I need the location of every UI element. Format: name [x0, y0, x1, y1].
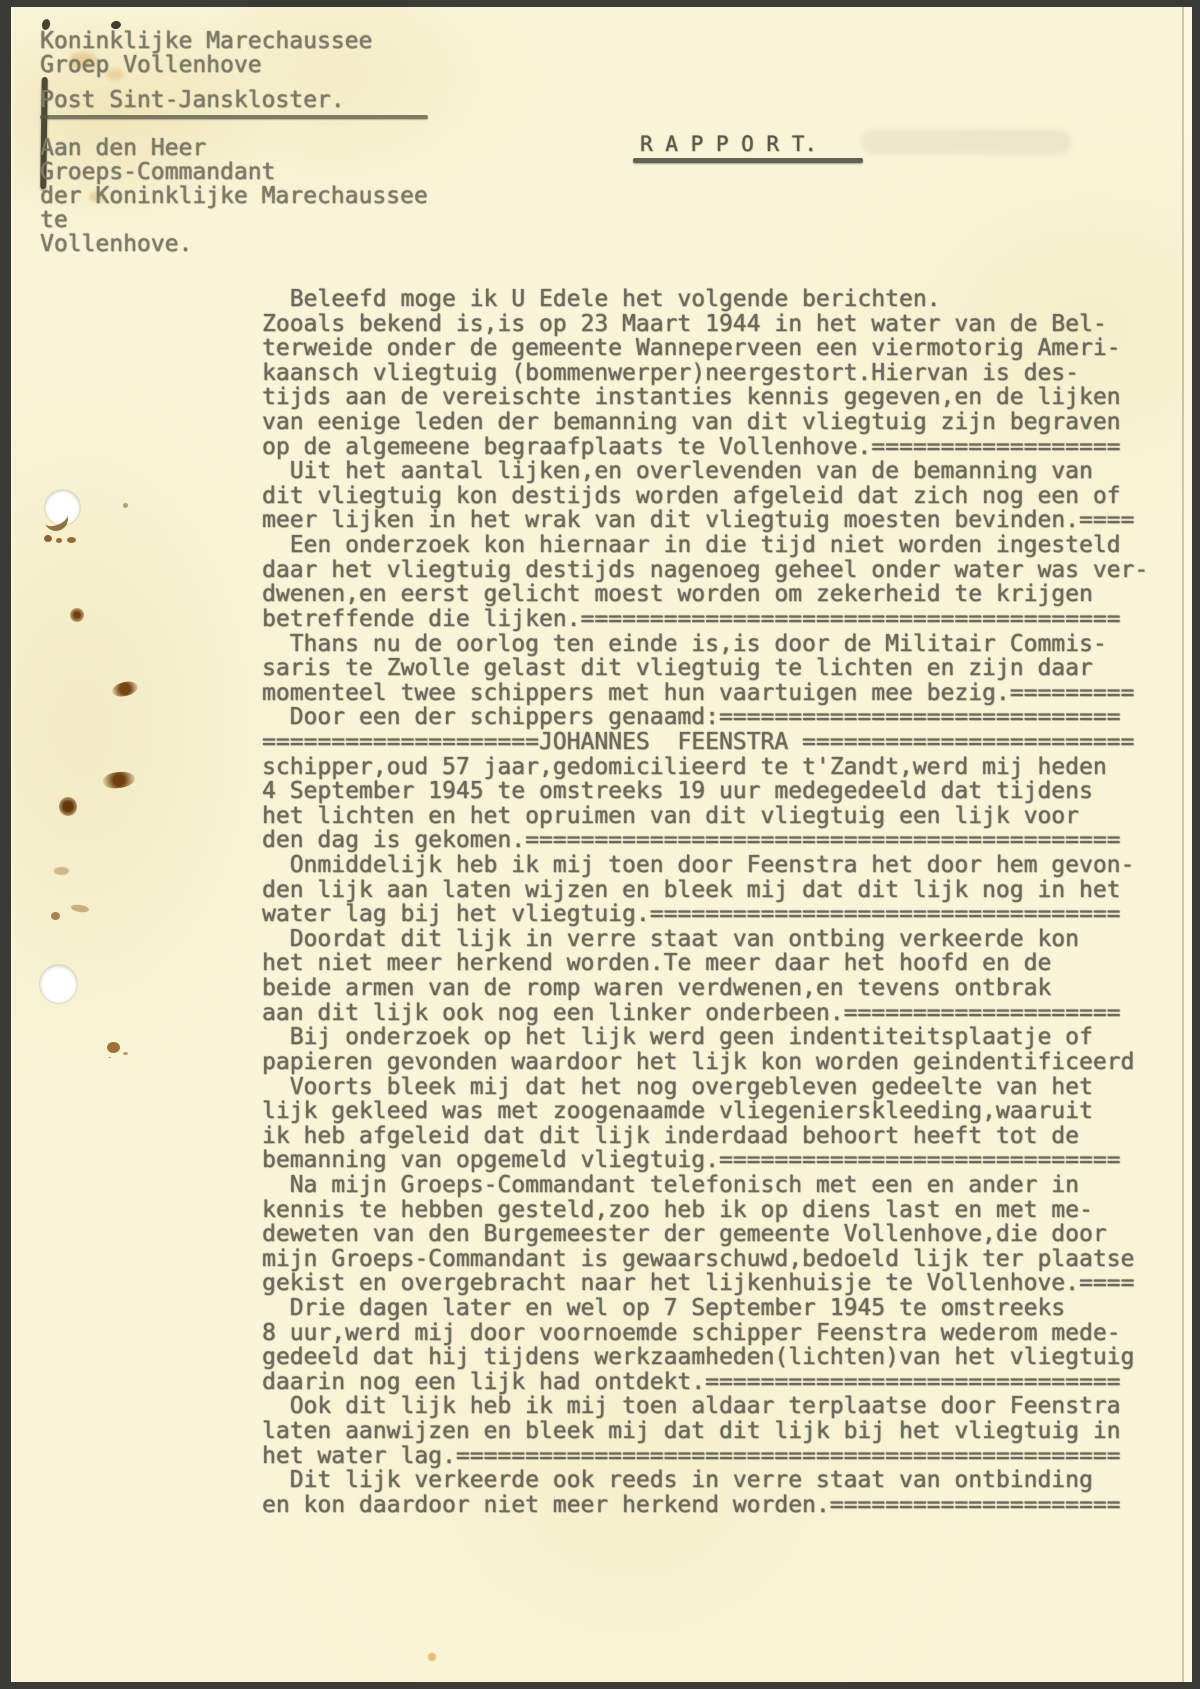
body-line: papieren gevonden waardoor het lijk kon … [262, 1050, 1183, 1075]
report-heading-underline [633, 158, 863, 163]
underlying-page-edge [1184, 7, 1192, 1682]
body-line: dwenen,en eerst gelicht moest worden om … [262, 582, 1183, 607]
report-heading: R A P P O R T. [640, 132, 817, 156]
body-line: tijds aan de vereischte instanties kenni… [262, 385, 1183, 410]
stain-spot [102, 770, 136, 790]
body-line: terweide onder de gemeente Wanneperveen … [262, 336, 1183, 361]
body-line: Door een der schippers genaamd:=========… [262, 705, 1183, 730]
scanned-document: Koninklijke MarechausseeGroep Vollenhove… [0, 0, 1200, 1689]
addressee-line: Vollenhove. [40, 232, 428, 256]
body-line: Bij onderzoek op het lijk werd geen inde… [262, 1025, 1183, 1050]
body-line: schipper,oud 57 jaar,gedomicilieerd te t… [262, 755, 1183, 780]
body-line: ik heb afgeleid dat dit lijk inderdaad b… [262, 1124, 1183, 1149]
stain-spot [54, 867, 69, 875]
stain-spot [71, 904, 90, 914]
body-line: het niet meer herkend worden.Te meer daa… [262, 951, 1183, 976]
addressee-line: te [40, 208, 428, 232]
body-line: Beleefd moge ik U Edele het volgende ber… [262, 287, 1183, 312]
body-line: water lag bij het vliegtuig.============… [262, 902, 1183, 927]
body-line: daarin nog een lijk had ontdekt.========… [262, 1370, 1183, 1395]
sender-post-line: Post Sint-Janskloster. [40, 88, 345, 112]
pencil-smudge [861, 130, 1071, 154]
body-line: Doordat dit lijk in verre staat van ontb… [262, 927, 1183, 952]
stain-spot [428, 1653, 436, 1661]
punch-hole [40, 965, 77, 1003]
body-line: kaansch vliegtuig (bommenwerper)neergest… [262, 361, 1183, 386]
body-line: Na mijn Groeps-Commandant telefonisch me… [262, 1173, 1183, 1198]
body-line: het water lag.==========================… [262, 1444, 1183, 1469]
stain-spot [51, 912, 60, 920]
report-body: Beleefd moge ik U Edele het volgende ber… [262, 287, 1183, 1517]
body-line: lijk gekleed was met zoogenaamde vliegen… [262, 1099, 1183, 1124]
stain-spot [67, 537, 76, 543]
body-line: Een onderzoek kon hiernaar in die tijd n… [262, 533, 1183, 558]
body-line: Ook dit lijk heb ik mij toen aldaar terp… [262, 1394, 1183, 1419]
stain-spot [44, 535, 52, 542]
stain-spot [111, 679, 140, 699]
body-line: dit vliegtuig kon destijds worden afgele… [262, 484, 1183, 509]
stain-spot [56, 538, 62, 543]
body-line: betreffende die lijken.=================… [262, 607, 1183, 632]
body-line: Zooals bekend is,is op 23 Maart 1944 in … [262, 312, 1183, 337]
sender-org-line: Koninklijke Marechaussee [40, 29, 372, 53]
body-line: laten aanwijzen en bleek mij dat dit lij… [262, 1419, 1183, 1444]
body-line: ====================JOHANNES FEENSTRA ==… [262, 730, 1183, 755]
body-line: deweten van den Burgemeester der gemeent… [262, 1222, 1183, 1247]
body-line: Onmiddelijk heb ik mij toen door Feenstr… [262, 853, 1183, 878]
body-line: 8 uur,werd mij door voornoemde schipper … [262, 1321, 1183, 1346]
body-line: bemanning van opgemeld vliegtuig.=======… [262, 1148, 1183, 1173]
addressee-line: der Koninklijke Marechaussee [40, 184, 428, 208]
stain-spot [123, 503, 128, 508]
body-line: Thans nu de oorlog ten einde is,is door … [262, 632, 1183, 657]
stain-spot [107, 1042, 120, 1053]
body-line: beide armen van de romp waren verdwenen,… [262, 976, 1183, 1001]
sender-org-line: Groep Vollenhove [40, 53, 372, 77]
stain-spot [59, 797, 77, 816]
body-line: den dag is gekomen.=====================… [262, 828, 1183, 853]
body-line: momenteel twee schippers met hun vaartui… [262, 681, 1183, 706]
addressee-line: Aan den Heer [40, 136, 428, 160]
body-line: het lichten en het opruimen van dit vlie… [262, 804, 1183, 829]
body-line: gedeeld dat hij tijdens werkzaamheden(li… [262, 1345, 1183, 1370]
stain-spot [70, 608, 84, 622]
body-line: meer lijken in het wrak van dit vliegtui… [262, 508, 1183, 533]
body-line: aan dit lijk ook nog een linker onderbee… [262, 1001, 1183, 1026]
paper-sheet: Koninklijke MarechausseeGroep Vollenhove… [11, 7, 1192, 1682]
body-line: Drie dagen later en wel op 7 September 1… [262, 1296, 1183, 1321]
sender-org: Koninklijke MarechausseeGroep Vollenhove [40, 29, 372, 77]
body-line: Uit het aantal lijken,en overlevenden va… [262, 459, 1183, 484]
body-line: van eenige leden der bemanning van dit v… [262, 410, 1183, 435]
post-underline [40, 115, 428, 119]
body-line: saris te Zwolle gelast dit vliegtuig te … [262, 656, 1183, 681]
body-line: mijn Groeps-Commandant is gewaarschuwd,b… [262, 1247, 1183, 1272]
body-line: Voorts bleek mij dat het nog overgebleve… [262, 1075, 1183, 1100]
body-line: en kon daardoor niet meer herkend worden… [262, 1493, 1183, 1518]
addressee-line: Groeps-Commandant [40, 160, 428, 184]
addressee: Aan den HeerGroeps-Commandantder Koninkl… [40, 136, 428, 256]
body-line: op de algemeene begraafplaats te Vollenh… [262, 435, 1183, 460]
body-line: kennis te hebben gesteld,zoo heb ik op d… [262, 1198, 1183, 1223]
body-line: gekist en overgebracht naar het lijkenhu… [262, 1271, 1183, 1296]
body-line: den lijk aan laten wijzen en bleek mij d… [262, 878, 1183, 903]
body-line: daar het vliegtuig destijds nagenoeg geh… [262, 558, 1183, 583]
body-line: Dit lijk verkeerde ook reeds in verre st… [262, 1468, 1183, 1493]
body-line: 4 September 1945 te omstreeks 19 uur med… [262, 779, 1183, 804]
